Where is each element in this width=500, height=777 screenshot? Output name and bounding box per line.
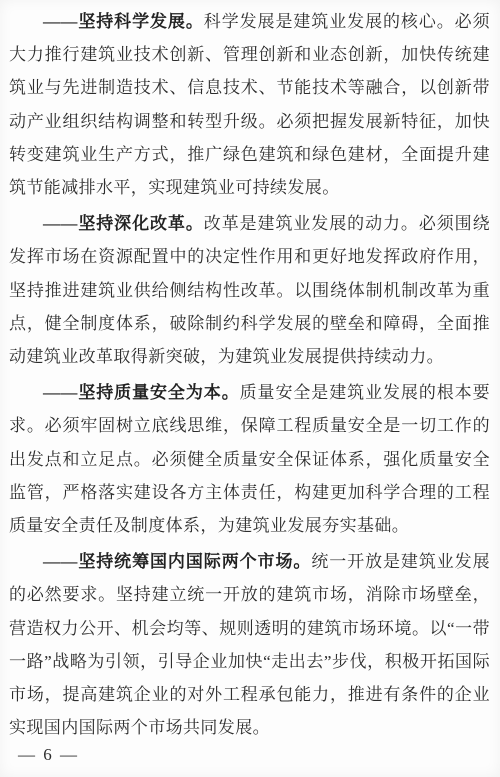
- document-page: ——坚持科学发展。科学发展是建筑业发展的核心。必须大力推行建筑业技术创新、管理创…: [0, 0, 500, 777]
- paragraph: ——坚持统筹国内国际两个市场。统一开放是建筑业发展的必然要求。坚持建立统一开放的…: [9, 545, 490, 744]
- paragraph: ——坚持科学发展。科学发展是建筑业发展的核心。必须大力推行建筑业技术创新、管理创…: [9, 5, 490, 204]
- paragraph: ——坚持质量安全为本。质量安全是建筑业发展的根本要求。必须牢固树立底线思维，保障…: [9, 376, 490, 542]
- paragraph-heading: ——坚持统筹国内国际两个市场。: [43, 552, 311, 571]
- paragraph-body: 质量安全是建筑业发展的根本要求。必须牢固树立底线思维，保障工程质量安全是一切工作…: [9, 383, 490, 535]
- paragraph-heading: ——坚持科学发展。: [43, 12, 204, 31]
- paragraph-heading: ——坚持质量安全为本。: [43, 383, 240, 402]
- paragraph: ——坚持深化改革。改革是建筑业发展的动力。必须围绕发挥市场在资源配置中的决定性作…: [9, 207, 490, 373]
- paragraph-heading: ——坚持深化改革。: [43, 214, 204, 233]
- page-number: — 6 —: [18, 745, 79, 765]
- paragraph-body: 统一开放是建筑业发展的必然要求。坚持建立统一开放的建筑市场，消除市场壁垒，营造权…: [9, 552, 490, 737]
- paragraph-body: 科学发展是建筑业发展的核心。必须大力推行建筑业技术创新、管理创新和业态创新，加快…: [9, 12, 490, 197]
- paragraph-body: 改革是建筑业发展的动力。必须围绕发挥市场在资源配置中的决定性作用和更好地发挥政府…: [9, 214, 490, 366]
